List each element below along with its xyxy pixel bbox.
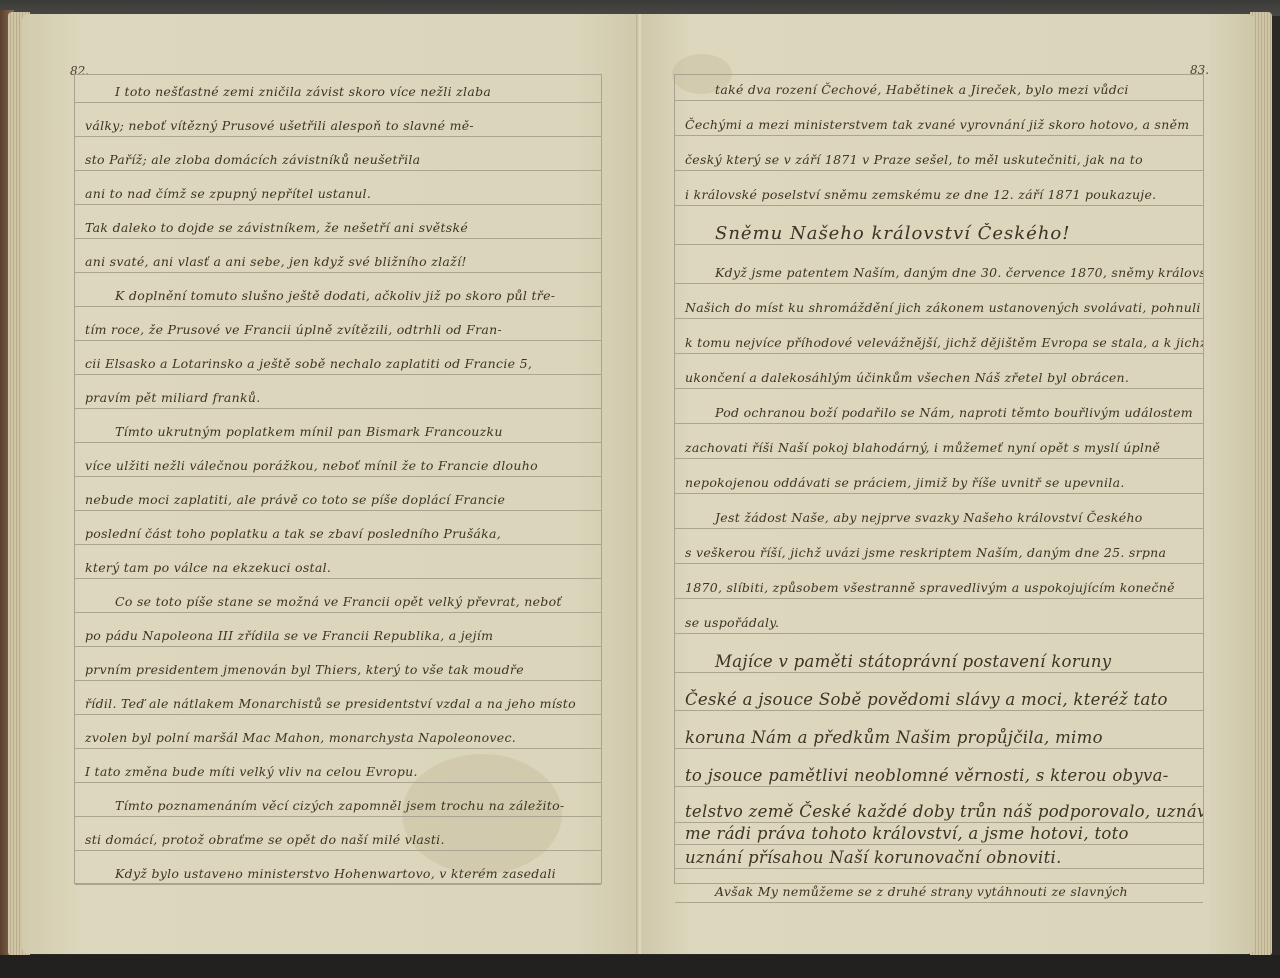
manuscript-line: války; neboť vítězný Prusové ušetřili al… [75, 115, 601, 137]
manuscript-line: k tomu nejvíce příhodové velevážnější, j… [675, 332, 1203, 354]
ruled-frame-right: také dva rození Čechové, Habětinek a Jir… [674, 74, 1204, 884]
manuscript-line: České a jsouce Sobě povědomi slávy a moc… [675, 689, 1203, 711]
manuscript-line: Tak daleko to dojde se závistníkem, že n… [75, 217, 601, 239]
right-page: 83. také dva rození Čechové, Habětinek a… [642, 14, 1254, 954]
manuscript-line: uznání přísahou Naší korunovační obnovit… [675, 847, 1203, 869]
manuscript-line: koruna Nám a předkům Našim propůjčila, m… [675, 727, 1203, 749]
manuscript-line: Našich do míst ku shromáždění jich zákon… [675, 297, 1203, 319]
manuscript-line: Čechými a mezi ministerstvem tak zvané v… [675, 114, 1203, 136]
manuscript-line: 1870, slíbiti, způsobem všestranně sprav… [675, 577, 1203, 599]
manuscript-line: Sněmu Našeho království Českého! [675, 223, 1203, 245]
manuscript-line: i královské poselství sněmu zemskému ze … [675, 184, 1203, 206]
manuscript-line: sti domácí, protož obraťme se opět do na… [75, 829, 601, 851]
manuscript-line: také dva rození Čechové, Habětinek a Jir… [675, 79, 1203, 101]
manuscript-line: cii Elsasko a Lotarinsko a ještě sobě ne… [75, 353, 601, 375]
manuscript-line: me rádi práva tohoto království, a jsme … [675, 823, 1203, 845]
manuscript-line: Avšak My nemůžeme se z druhé strany vytá… [675, 881, 1203, 903]
manuscript-line: Jest žádost Naše, aby nejprve svazky Naš… [675, 507, 1203, 529]
manuscript-line: zvolen byl polní maršál Mac Mahon, monar… [75, 727, 601, 749]
manuscript-line: telstvo země České každé doby trůn náš p… [675, 801, 1203, 823]
manuscript-line: I toto nešťastné zemi zničila závist sko… [75, 81, 601, 103]
manuscript-line: ukončení a dalekosáhlým účinkům všechen … [675, 367, 1203, 389]
manuscript-line: ani svaté, ani vlasť a ani sebe, jen kdy… [75, 251, 601, 273]
manuscript-line: I tato změna bude míti velký vliv na cel… [75, 761, 601, 783]
manuscript-line: se uspořádaly. [675, 612, 1203, 634]
manuscript-line: český který se v září 1871 v Praze sešel… [675, 149, 1203, 171]
manuscript-line: pravím pět miliard franků. [75, 387, 601, 409]
manuscript-line: ani to nad čímž se zpupný nepřítel ustan… [75, 183, 601, 205]
manuscript-line: Když jsme patentem Naším, daným dne 30. … [675, 262, 1203, 284]
manuscript-line: Co se toto píše stane se možná ve Franci… [75, 591, 601, 613]
manuscript-line: Tímto ukrutným poplatkem mínil pan Bisma… [75, 421, 601, 443]
manuscript-line: více ulžiti nežli válečnou porážkou, neb… [75, 455, 601, 477]
manuscript-line: prvním presidentem jmenován byl Thiers, … [75, 659, 601, 681]
book-cover-bottom [0, 955, 1280, 978]
open-book: 82. I toto nešťastné zemi zničila závist… [0, 0, 1280, 978]
manuscript-line: K doplnění tomuto slušno ještě dodati, a… [75, 285, 601, 307]
manuscript-line: Majíce v paměti státoprávní postavení ko… [675, 651, 1203, 673]
manuscript-line: tím roce, že Prusové ve Francii úplně zv… [75, 319, 601, 341]
left-page: 82. I toto nešťastné zemi zničila závist… [22, 14, 638, 954]
manuscript-line: poslední část toho poplatku a tak se zba… [75, 523, 601, 545]
manuscript-line: po pádu Napoleona III zřídila se ve Fran… [75, 625, 601, 647]
manuscript-line: řídil. Teď ale nátlakem Monarchistů se p… [75, 693, 601, 715]
manuscript-line: s veškerou říší, jichž uvázi jsme reskri… [675, 542, 1203, 564]
ruled-frame-left: I toto nešťastné zemi zničila závist sko… [74, 74, 602, 884]
manuscript-line: Tímto poznamenáním věcí cizých zapomněl … [75, 795, 601, 817]
manuscript-line: to jsouce pamětlivi neoblomné věrnosti, … [675, 765, 1203, 787]
manuscript-line: který tam po válce na ekzekuci ostal. [75, 557, 601, 579]
manuscript-line: nebude moci zaplatiti, ale právě co toto… [75, 489, 601, 511]
manuscript-line: sto Paříž; ale zloba domácích závistníků… [75, 149, 601, 171]
manuscript-line: zachovati říši Naší pokoj blahodárný, i … [675, 437, 1203, 459]
manuscript-line: Když bylo ustavено ministerstvo Hohenwar… [75, 863, 601, 885]
manuscript-line: Pod ochranou boží podařilo se Nám, napro… [675, 402, 1203, 424]
manuscript-line: nepokojenou oddávati se práciem, jimiž b… [675, 472, 1203, 494]
